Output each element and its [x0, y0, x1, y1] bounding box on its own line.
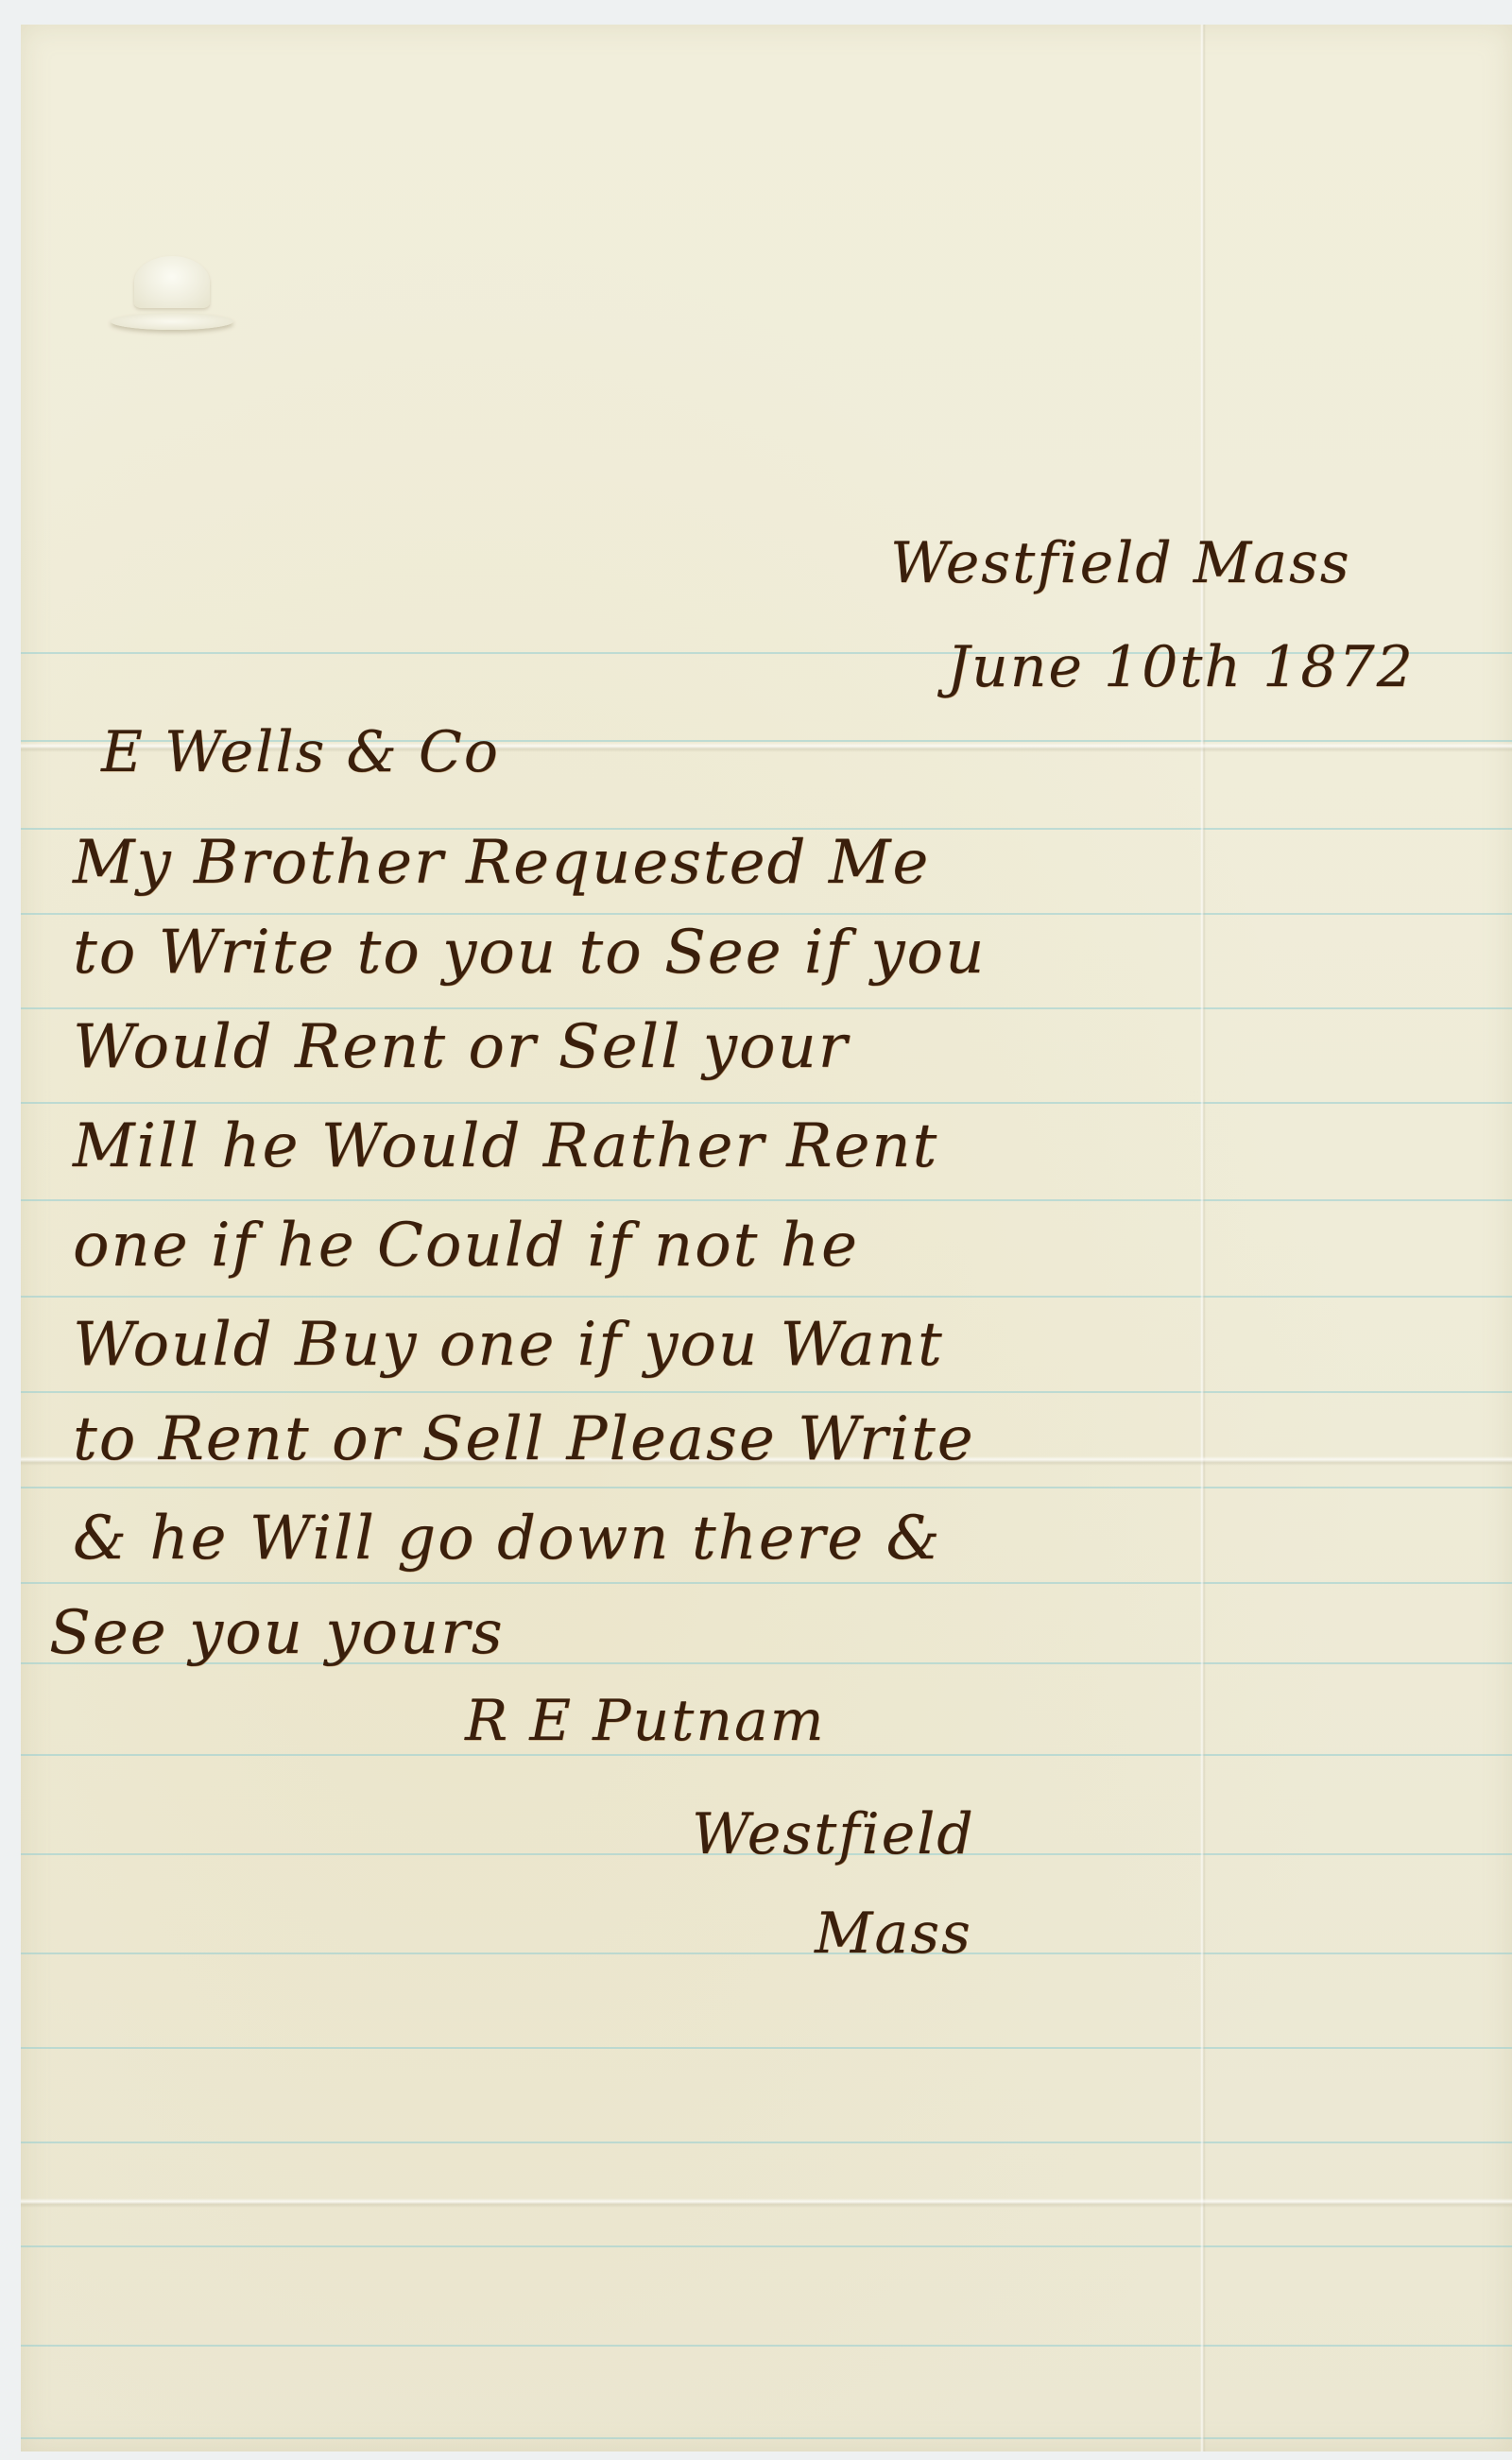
- closing-line: See you yours: [49, 1598, 505, 1668]
- ruled-line: [21, 1391, 1512, 1393]
- embossed-seal-icon: [111, 247, 233, 351]
- ruled-line: [21, 1953, 1512, 1954]
- vertical-fold-crease: [1200, 25, 1206, 2451]
- ruled-line: [21, 1199, 1512, 1201]
- addressee: E Wells & Co: [101, 719, 500, 785]
- horizontal-fold-crease: [21, 2198, 1512, 2208]
- ruled-line: [21, 2245, 1512, 2247]
- body-line: to Rent or Sell Please Write: [73, 1404, 975, 1474]
- ruled-line: [21, 2047, 1512, 2049]
- body-line: one if he Could if not he: [73, 1211, 859, 1281]
- ruled-line: [21, 1102, 1512, 1104]
- body-line: My Brother Requested Me: [73, 828, 930, 898]
- ruled-line: [21, 2437, 1512, 2439]
- ruled-line: [21, 1582, 1512, 1584]
- ruled-line: [21, 2142, 1512, 2143]
- ruled-line: [21, 1296, 1512, 1298]
- body-line: & he Will go down there &: [73, 1504, 941, 1574]
- letter-paper: Westfield Mass June 10th 1872 E Wells & …: [21, 25, 1512, 2451]
- ruled-line: [21, 2345, 1512, 2347]
- date-line: June 10th 1872: [947, 634, 1415, 700]
- signature-state: Mass: [815, 1901, 972, 1967]
- body-line: Mill he Would Rather Rent: [73, 1111, 938, 1181]
- ruled-line: [21, 1487, 1512, 1488]
- body-line: Would Rent or Sell your: [73, 1012, 849, 1082]
- ruled-line: [21, 1754, 1512, 1756]
- signature-name: R E Putnam: [465, 1688, 826, 1754]
- place-line: Westfield Mass: [890, 530, 1351, 596]
- body-line: Would Buy one if you Want: [73, 1310, 944, 1380]
- body-line: to Write to you to See if you: [73, 918, 986, 988]
- ruled-line: [21, 913, 1512, 915]
- signature-town: Westfield: [692, 1801, 975, 1867]
- ruled-line: [21, 1007, 1512, 1009]
